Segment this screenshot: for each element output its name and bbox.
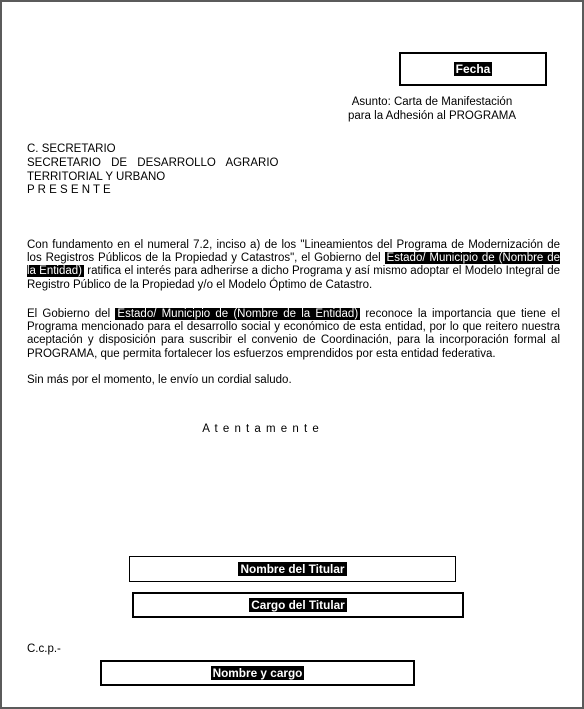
signature-title-box: Cargo del Titular bbox=[132, 592, 464, 618]
atentamente-line: A t e n t a m e n t e bbox=[27, 423, 495, 435]
paragraph-1: Con fundamento en el numeral 7.2, inciso… bbox=[27, 239, 560, 292]
entity-placeholder-highlight: Estado/ Municipio de (Nombre de la Entid… bbox=[115, 308, 360, 320]
paragraph-text: ratifica el interés para adherirse a dic… bbox=[27, 265, 560, 290]
paragraph-2: El Gobierno del Estado/ Municipio de (No… bbox=[27, 308, 560, 361]
addressee-block: C. SECRETARIO SECRETARIO DE DESARROLLO A… bbox=[27, 143, 278, 198]
addressee-title: C. SECRETARIO bbox=[27, 143, 278, 157]
addressee-secretary-line-2: TERRITORIAL Y URBANO bbox=[27, 171, 278, 185]
subject-block: Asunto: Carta de Manifestación para la A… bbox=[340, 96, 524, 123]
signature-title-placeholder: Cargo del Titular bbox=[249, 598, 347, 612]
subject-line-2: para la Adhesión al PROGRAMA bbox=[340, 110, 524, 124]
ccp-label: C.c.p.- bbox=[27, 643, 61, 655]
copy-recipient-box: Nombre y cargo bbox=[100, 660, 415, 686]
addressee-presente: P R E S E N T E bbox=[27, 184, 278, 198]
date-placeholder-label: Fecha bbox=[454, 62, 493, 76]
addressee-secretary-line: SECRETARIO DE DESARROLLO AGRARIO bbox=[27, 157, 278, 171]
signature-name-placeholder: Nombre del Titular bbox=[238, 562, 346, 576]
letter-page: Fecha Asunto: Carta de Manifestación par… bbox=[0, 0, 584, 709]
date-placeholder-box: Fecha bbox=[399, 52, 547, 86]
signature-name-box: Nombre del Titular bbox=[129, 556, 456, 582]
paragraph-text: El Gobierno del bbox=[27, 308, 115, 320]
copy-recipient-placeholder: Nombre y cargo bbox=[211, 666, 305, 680]
closing-line: Sin más por el momento, le envío un cord… bbox=[27, 374, 560, 387]
subject-line-1: Asunto: Carta de Manifestación bbox=[340, 96, 524, 110]
